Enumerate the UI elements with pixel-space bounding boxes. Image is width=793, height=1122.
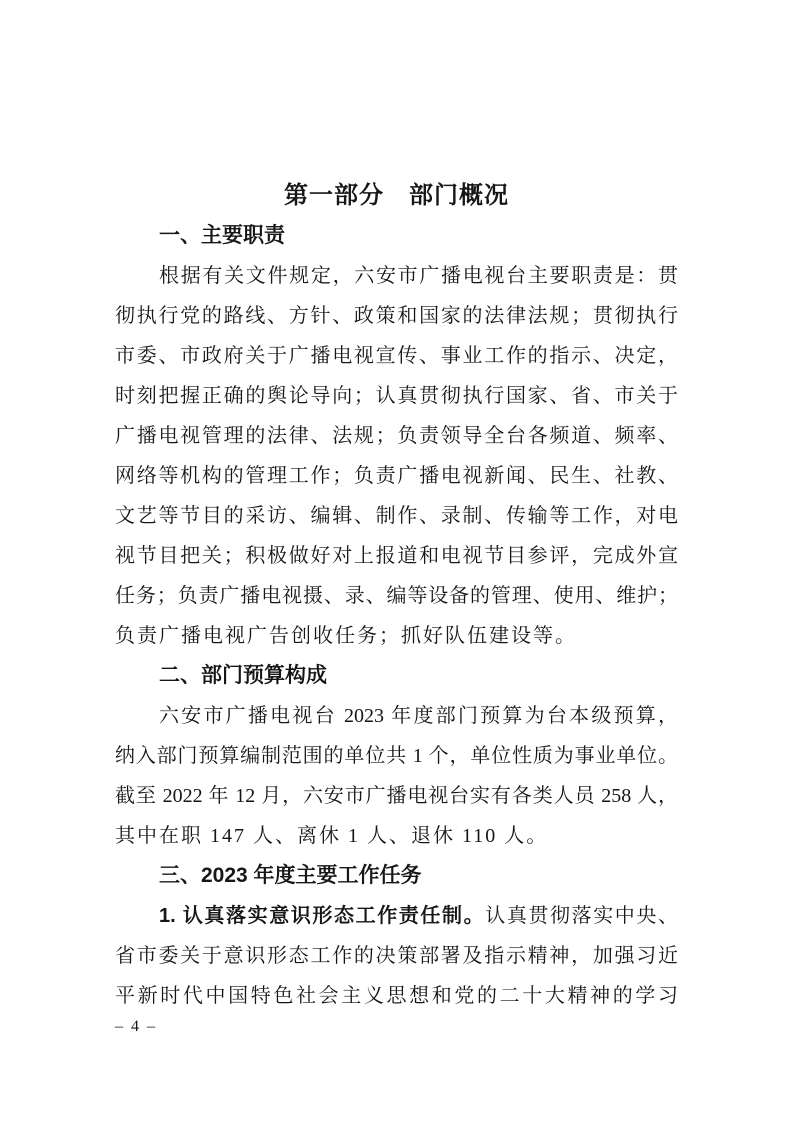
task-lead-rest: 认真贯彻落实中央、 bbox=[485, 905, 678, 927]
paragraph-line: 文艺等节目的采访、编辑、制作、录制、传输等工作，对电 bbox=[115, 496, 678, 536]
section-heading-budget-composition: 二、部门预算构成 bbox=[115, 656, 678, 696]
paragraph-line: 截至 2022 年 12 月，六安市广播电视台实有各类人员 258 人， bbox=[115, 776, 678, 816]
paragraph-line: 网络等机构的管理工作；负责广播电视新闻、民生、社教、 bbox=[115, 456, 678, 496]
paragraph-line: 六安市广播电视台 2023 年度部门预算为台本级预算， bbox=[115, 696, 678, 736]
paragraph-line: 省市委关于意识形态工作的决策部署及指示精神，加强习近 bbox=[115, 936, 678, 976]
paragraph-line: 根据有关文件规定，六安市广播电视台主要职责是：贯 bbox=[115, 256, 678, 296]
paragraph-line: 彻执行党的路线、方针、政策和国家的法律法规；贯彻执行 bbox=[115, 296, 678, 336]
paragraph-line: 其中在职 147 人、离休 1 人、退休 110 人。 bbox=[115, 816, 678, 856]
paragraph-line: 1. 认真落实意识形态工作责任制。认真贯彻落实中央、 bbox=[115, 896, 678, 936]
document-page: 第一部分 部门概况 一、主要职责 根据有关文件规定，六安市广播电视台主要职责是：… bbox=[0, 0, 793, 1122]
paragraph-line: 纳入部门预算编制范围的单位共 1 个，单位性质为事业单位。 bbox=[115, 736, 678, 776]
page-title: 第一部分 部门概况 bbox=[115, 176, 678, 216]
paragraph-line: 负责广播电视广告创收任务；抓好队伍建设等。 bbox=[115, 616, 678, 656]
task-lead-bold: 1. 认真落实意识形态工作责任制。 bbox=[159, 905, 485, 927]
section-heading-2023-tasks: 三、2023 年度主要工作任务 bbox=[115, 856, 678, 896]
page-number: – 4 – bbox=[115, 1016, 678, 1038]
paragraph-line: 视节目把关；积极做好对上报道和电视节目参评，完成外宣 bbox=[115, 536, 678, 576]
paragraph-line: 广播电视管理的法律、法规；负责领导全台各频道、频率、 bbox=[115, 416, 678, 456]
paragraph-line: 平新时代中国特色社会主义思想和党的二十大精神的学习 bbox=[115, 976, 678, 1016]
paragraph-line: 时刻把握正确的舆论导向；认真贯彻执行国家、省、市关于 bbox=[115, 376, 678, 416]
section-heading-main-duties: 一、主要职责 bbox=[115, 216, 678, 256]
paragraph-line: 市委、市政府关于广播电视宣传、事业工作的指示、决定， bbox=[115, 336, 678, 376]
paragraph-line: 任务；负责广播电视摄、录、编等设备的管理、使用、维护； bbox=[115, 576, 678, 616]
